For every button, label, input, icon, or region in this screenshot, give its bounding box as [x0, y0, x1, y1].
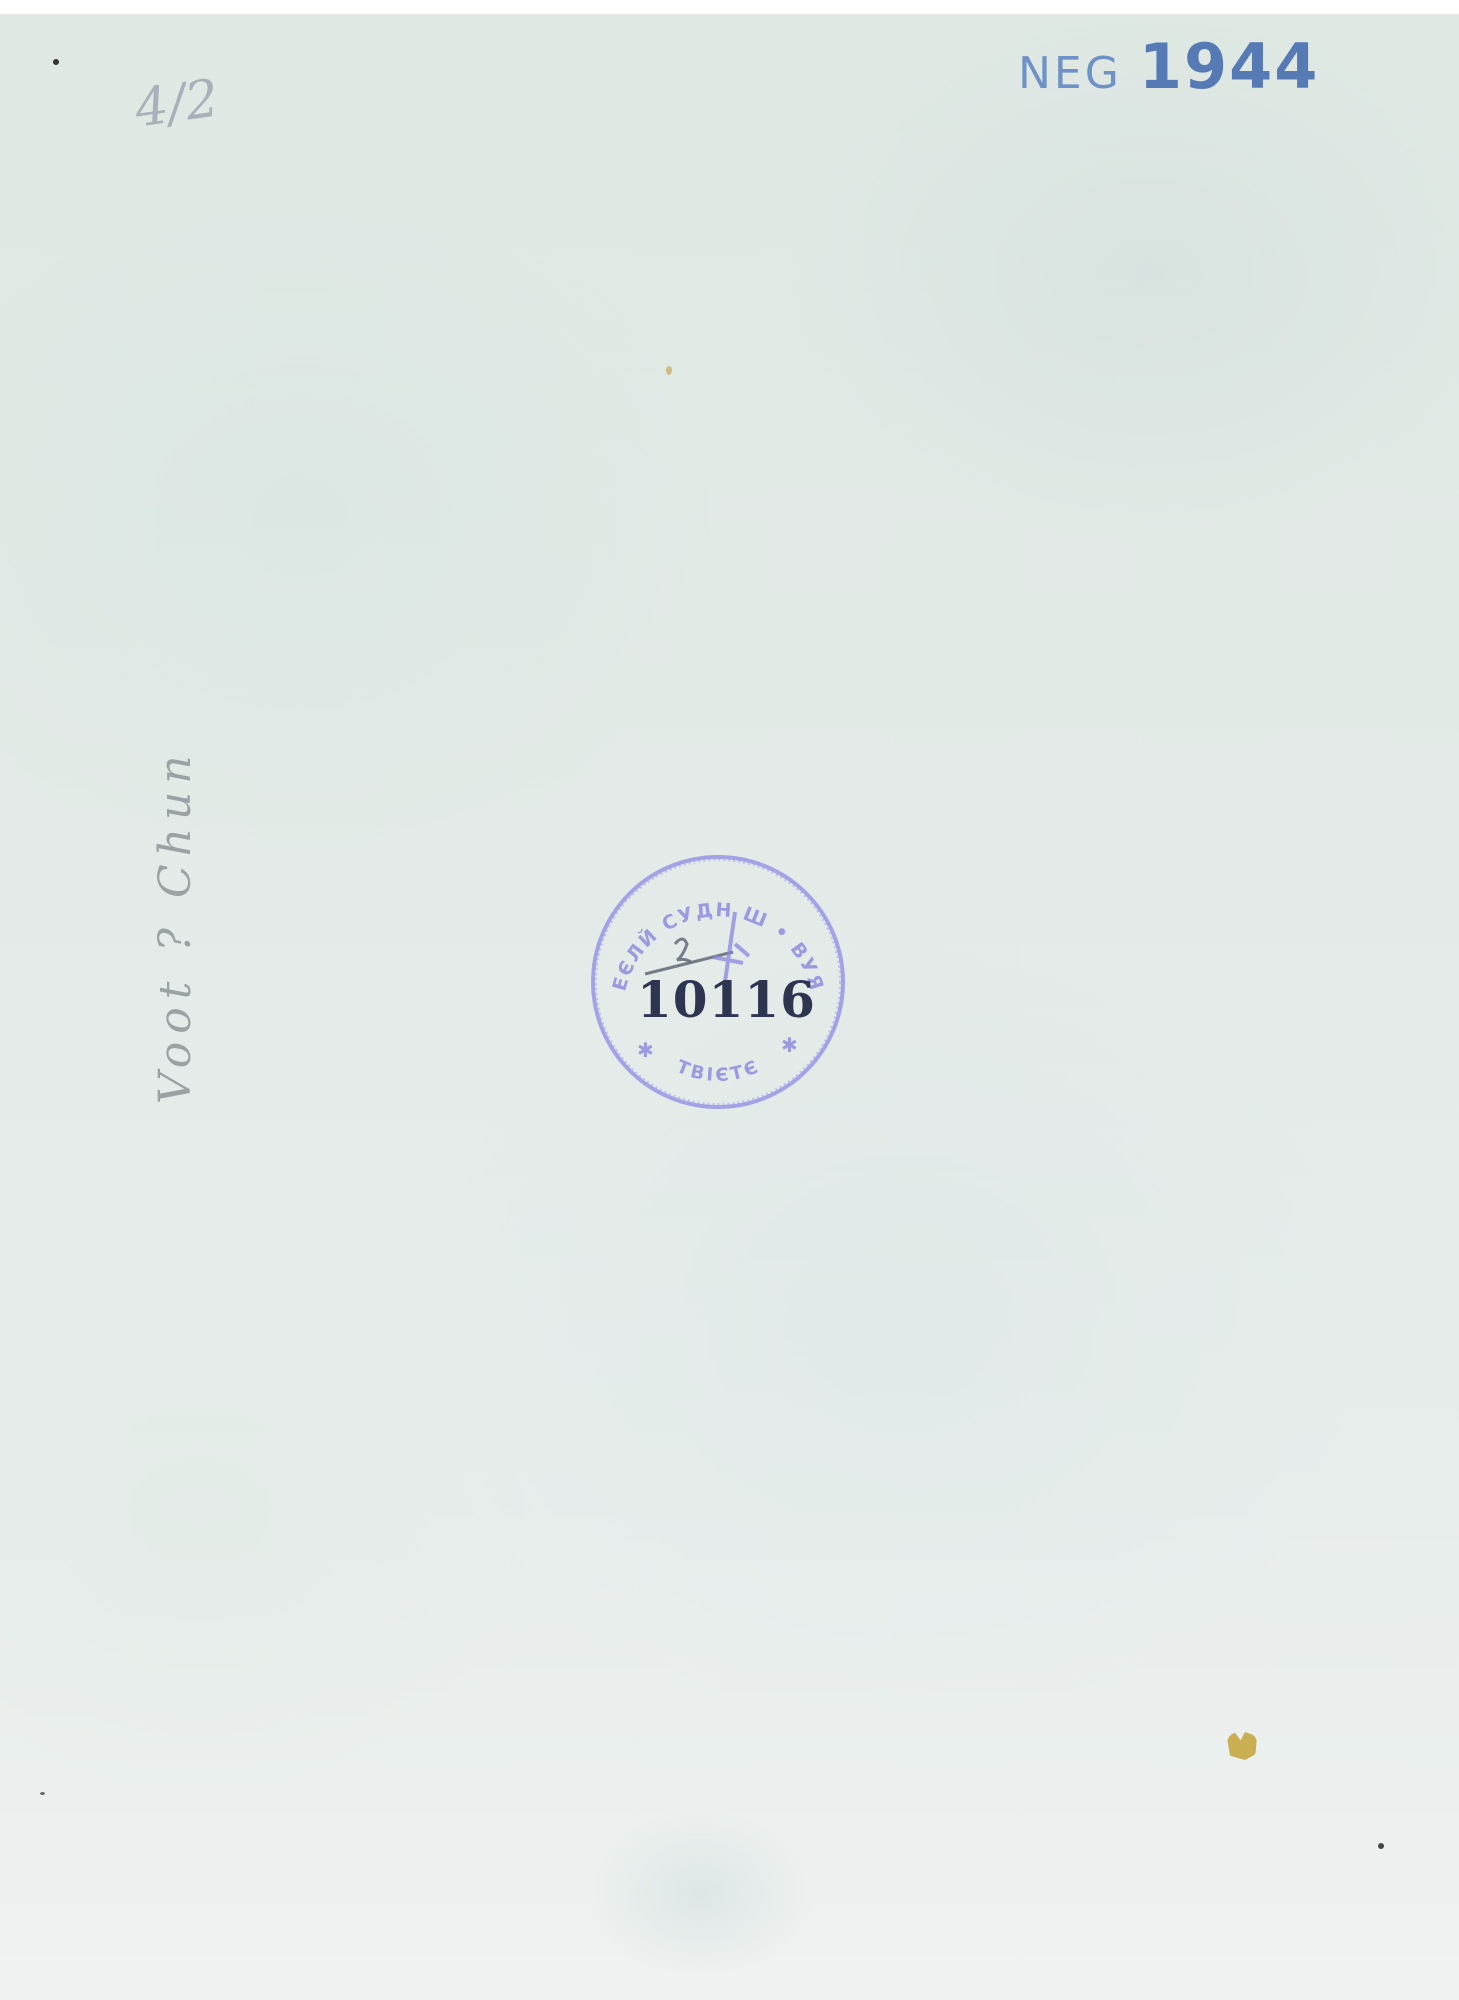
- stamp-inventory-number: 10116: [637, 970, 816, 1029]
- negative-prefix: NEG: [1018, 48, 1122, 99]
- negative-reference-annotation: NEG 1944: [1018, 30, 1319, 103]
- speck-mark: [666, 366, 672, 375]
- vertical-pencil-caption: Voot ? Chun: [150, 747, 201, 1104]
- speck-mark: [1378, 1843, 1384, 1849]
- negative-number: 1944: [1139, 30, 1320, 103]
- speck-mark: [40, 1792, 45, 1795]
- archive-stamp: ЕЄЛЙ СУДН Ш • ВУЯЯХ ЕЭ TBIЄTЄ ✱ ✱ 10116: [585, 852, 851, 1112]
- pencil-page-note: 4/2: [131, 68, 222, 139]
- svg-text:TBIЄTЄ: TBIЄTЄ: [673, 1056, 763, 1086]
- speck-mark: [53, 59, 59, 65]
- photo-verso-sheet: NEG 1944 4/2 Voot ? Chun ЕЄЛЙ СУДН Ш • В…: [0, 14, 1459, 2000]
- stamp-ring-text-bottom: TBIЄTЄ: [673, 1056, 763, 1086]
- stamp-star-right: ✱: [781, 1033, 798, 1057]
- foxing-stain: [1227, 1732, 1257, 1760]
- stamp-star-left: ✱: [637, 1038, 654, 1062]
